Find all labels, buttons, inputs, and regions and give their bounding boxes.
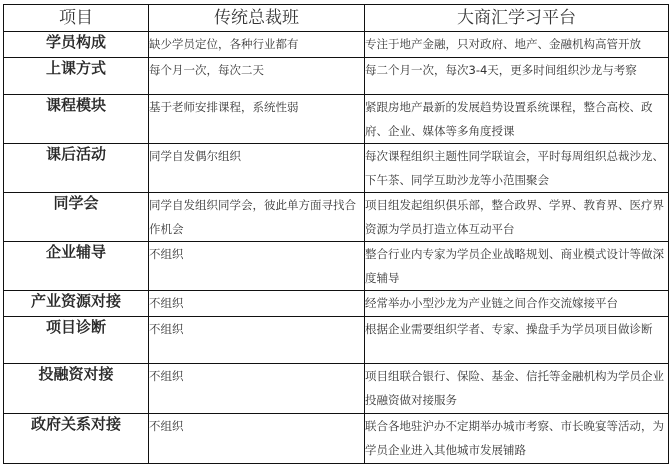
row-traditional: 每个月一次，每次二天	[149, 58, 365, 95]
row-item: 企业辅导	[4, 242, 149, 291]
table-row: 课后活动 同学自发偶尔组织 每次课程组织主题性同学联谊会，平时每周组织总裁沙龙、…	[4, 144, 669, 193]
row-traditional: 不组织	[149, 364, 365, 414]
table-row: 产业资源对接 不组织 经常举办小型沙龙为产业链之间合作交流嫁接平台	[4, 291, 669, 317]
row-platform: 经常举办小型沙龙为产业链之间合作交流嫁接平台	[365, 291, 669, 317]
table-row: 同学会 同学自发组织同学会，彼此单方面寻找合作机会 项目组发起组织俱乐部，整合政…	[4, 193, 669, 242]
row-platform: 项目组发起组织俱乐部，整合政界、学界、教育界、医疗界资源为学员打造立体互动平台	[365, 193, 669, 242]
row-platform: 紧跟房地产最新的发展趋势设置系统课程，整合高校、政府、企业、媒体等多角度授课	[365, 95, 669, 144]
table-row: 上课方式 每个月一次，每次二天 每二个月一次，每次3-4天，更多时间组织沙龙与考…	[4, 58, 669, 95]
row-item: 项目诊断	[4, 317, 149, 364]
row-item: 上课方式	[4, 58, 149, 95]
row-item: 课程模块	[4, 95, 149, 144]
row-traditional: 基于老师安排课程，系统性弱	[149, 95, 365, 144]
header-platform: 大商汇学习平台	[365, 5, 669, 32]
table-row: 投融资对接 不组织 项目组联合银行、保险、基金、信托等金融机构为学员企业投融资做…	[4, 364, 669, 414]
header-row: 项目 传统总裁班 大商汇学习平台	[4, 5, 669, 32]
comparison-table: 项目 传统总裁班 大商汇学习平台 学员构成 缺少学员定位，各种行业都有 专注于地…	[3, 4, 669, 464]
row-platform: 整合行业内专家为学员企业战略规划、商业模式设计等做深度辅导	[365, 242, 669, 291]
row-platform: 每次课程组织主题性同学联谊会，平时每周组织总裁沙龙、下午茶、同学互助沙龙等小范围…	[365, 144, 669, 193]
row-item: 同学会	[4, 193, 149, 242]
row-platform: 专注于地产金融，只对政府、地产、金融机构高管开放	[365, 32, 669, 58]
row-traditional: 缺少学员定位，各种行业都有	[149, 32, 365, 58]
header-item: 项目	[4, 5, 149, 32]
row-traditional: 同学自发组织同学会，彼此单方面寻找合作机会	[149, 193, 365, 242]
row-platform: 联合各地驻沪办不定期举办城市考察、市长晚宴等活动，为学员企业进入其他城市发展铺路	[365, 414, 669, 464]
row-item: 产业资源对接	[4, 291, 149, 317]
row-traditional: 不组织	[149, 291, 365, 317]
row-platform: 项目组联合银行、保险、基金、信托等金融机构为学员企业投融资做对接服务	[365, 364, 669, 414]
row-item: 投融资对接	[4, 364, 149, 414]
table-row: 企业辅导 不组织 整合行业内专家为学员企业战略规划、商业模式设计等做深度辅导	[4, 242, 669, 291]
table-row: 学员构成 缺少学员定位，各种行业都有 专注于地产金融，只对政府、地产、金融机构高…	[4, 32, 669, 58]
row-item: 课后活动	[4, 144, 149, 193]
row-traditional: 不组织	[149, 414, 365, 464]
table-row: 项目诊断 不组织 根据企业需要组织学者、专家、操盘手为学员项目做诊断	[4, 317, 669, 364]
row-item: 学员构成	[4, 32, 149, 58]
row-platform: 每二个月一次，每次3-4天，更多时间组织沙龙与考察	[365, 58, 669, 95]
row-platform: 根据企业需要组织学者、专家、操盘手为学员项目做诊断	[365, 317, 669, 364]
row-item: 政府关系对接	[4, 414, 149, 464]
table-row: 政府关系对接 不组织 联合各地驻沪办不定期举办城市考察、市长晚宴等活动，为学员企…	[4, 414, 669, 464]
row-traditional: 不组织	[149, 317, 365, 364]
row-traditional: 不组织	[149, 242, 365, 291]
header-traditional: 传统总裁班	[149, 5, 365, 32]
table-row: 课程模块 基于老师安排课程，系统性弱 紧跟房地产最新的发展趋势设置系统课程，整合…	[4, 95, 669, 144]
row-traditional: 同学自发偶尔组织	[149, 144, 365, 193]
